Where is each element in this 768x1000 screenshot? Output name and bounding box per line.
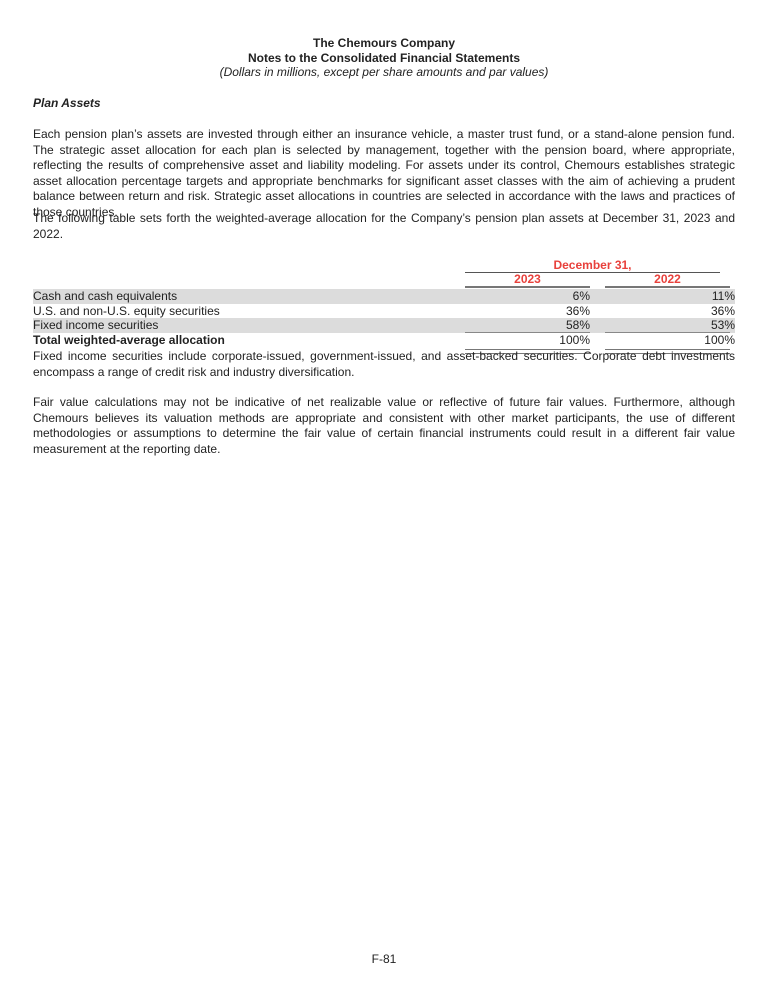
row-value-2022: 36%	[605, 304, 735, 319]
document-subtitle: Notes to the Consolidated Financial Stat…	[0, 51, 768, 66]
row-label: Cash and cash equivalents	[33, 289, 177, 304]
paragraph-plan-assets: Each pension plan’s assets are invested …	[33, 127, 735, 221]
paragraph-fixed-income: Fixed income securities include corporat…	[33, 349, 735, 380]
column-header-2023: 2023	[465, 273, 590, 288]
row-value-2023: 58%	[465, 318, 590, 333]
row-value-2023: 100%	[465, 333, 590, 348]
paragraph-fair-value: Fair value calculations may not be indic…	[33, 395, 735, 457]
table-group-header: December 31,	[465, 258, 720, 273]
row-value-2022: 11%	[605, 289, 735, 304]
table-row-total: Total weighted-average allocation 100% 1…	[33, 333, 735, 348]
section-title: Plan Assets	[33, 96, 101, 110]
paragraph-table-intro: The following table sets forth the weigh…	[33, 211, 735, 242]
row-label: U.S. and non-U.S. equity securities	[33, 304, 220, 319]
table-row: Cash and cash equivalents 6% 11%	[33, 289, 735, 304]
row-value-2022: 100%	[605, 333, 735, 348]
row-label: Fixed income securities	[33, 318, 158, 333]
company-name: The Chemours Company	[0, 36, 768, 51]
row-value-2023: 36%	[465, 304, 590, 319]
row-label: Total weighted-average allocation	[33, 333, 225, 348]
page-number: F-81	[0, 952, 768, 966]
units-note: (Dollars in millions, except per share a…	[0, 65, 768, 80]
column-header-2022: 2022	[605, 273, 730, 288]
row-value-2023: 6%	[465, 289, 590, 304]
table-row: Fixed income securities 58% 53%	[33, 318, 735, 333]
table-row: U.S. and non-U.S. equity securities 36% …	[33, 304, 735, 319]
row-value-2022: 53%	[605, 318, 735, 333]
document-header: The Chemours Company Notes to the Consol…	[0, 36, 768, 80]
